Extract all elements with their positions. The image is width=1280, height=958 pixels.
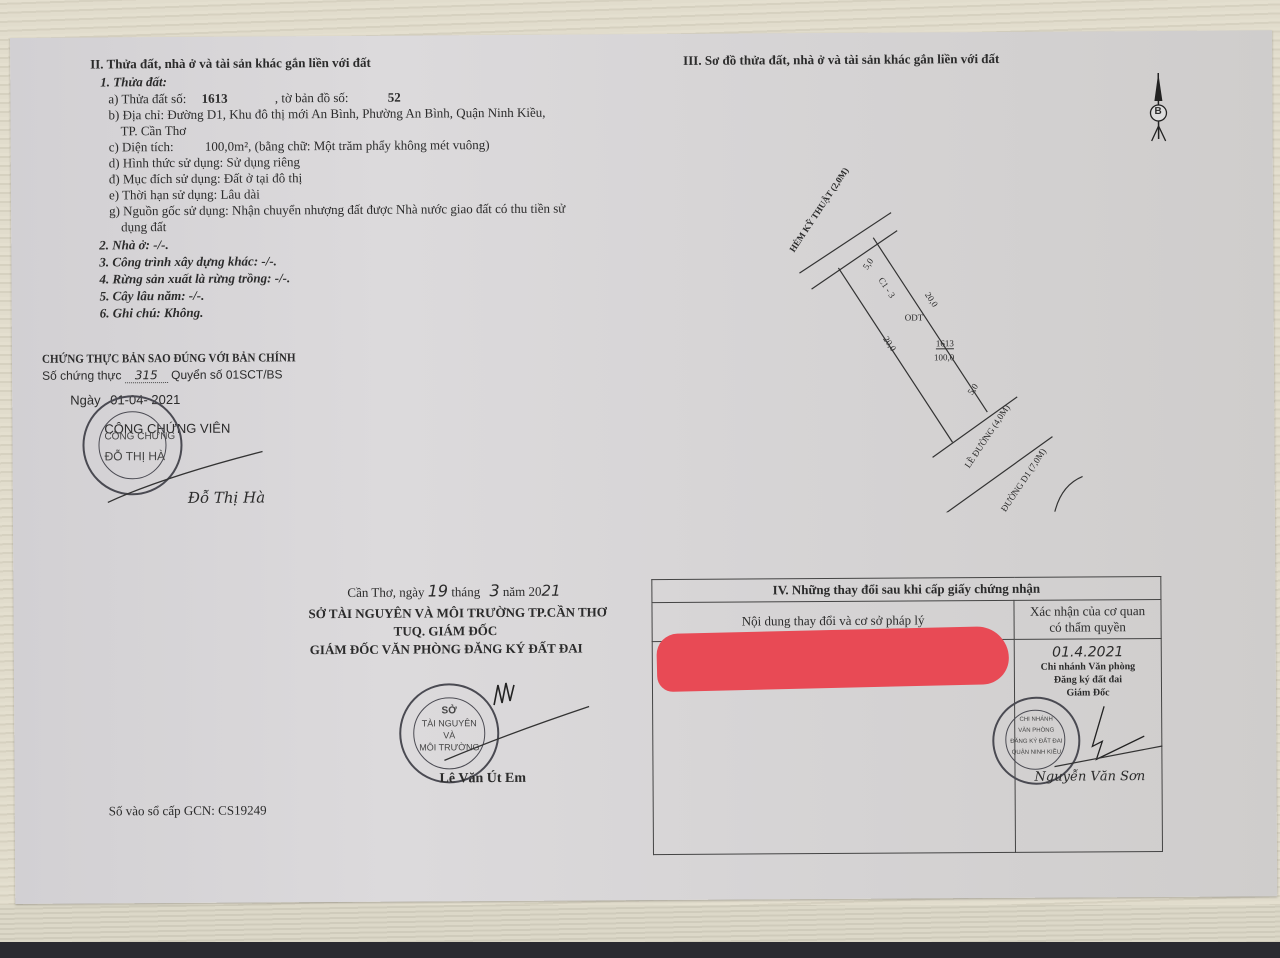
usage-form-row: d) Hình thức sử dụng: Sử dụng riêng (109, 154, 300, 171)
gcn-number: CS19249 (218, 802, 266, 817)
section-2-heading: II. Thửa đất, nhà ở và tài sản khác gắn … (90, 55, 371, 73)
issuing-agency: SỞ TÀI NGUYÊN VÀ MÔI TRƯỜNG TP.CẦN THƠ (308, 604, 606, 622)
branch-signature-stroke (1054, 701, 1164, 772)
area-label: c) Diện tích: (109, 139, 174, 154)
origin-line-2: dụng đất (121, 219, 166, 235)
confirm-office-line-2: Đăng ký đất đai (1018, 673, 1158, 687)
origin-line-1: Nhận chuyển nhượng đất được Nhà nước gia… (232, 201, 565, 218)
confirm-date: 01.4.2021 (1018, 644, 1158, 661)
gcn-label: Số vào sổ cấp GCN: (109, 803, 215, 819)
perennial-item: 5. Cây lâu năm: -/-. (100, 288, 205, 305)
issue-month: 3 (489, 581, 499, 600)
notary-title: CHỨNG THỰC BẢN SAO ĐÚNG VỚI BẢN CHÍNH (42, 350, 296, 367)
issue-year-label: năm 20 (503, 584, 542, 599)
area-value: 100,0m², (bằng chữ: Một trăm phẩy không … (205, 137, 490, 154)
section-4-heading: IV. Những thay đổi sau khi cấp giấy chứn… (652, 576, 1161, 602)
map-sheet-label: , tờ bản đồ số: (275, 90, 349, 105)
branch-signer: Nguyễn Văn Sơn (1034, 769, 1145, 785)
issue-date-row: Cần Thơ, ngày 19 tháng 3 năm 2021 (347, 581, 560, 601)
confirm-header-line-1: Xác nhận của cơ quan (1017, 603, 1157, 620)
parcel-row: a) Thửa đất số: 1613 , tờ bản đồ số: 52 (108, 90, 400, 108)
notary-date-label: Ngày (70, 392, 100, 407)
land-certificate-page: II. Thửa đất, nhà ở và tài sản khác gắn … (10, 30, 1277, 904)
north-label: B (1154, 106, 1161, 117)
issue-place-label: Cần Thơ, ngày (347, 584, 424, 599)
term-value: Lâu dài (220, 186, 259, 201)
section-3-heading: III. Sơ đồ thửa đất, nhà ở và tài sản kh… (683, 51, 999, 69)
issue-day: 19 (428, 581, 448, 600)
agency-signer: Lê Văn Út Em (439, 771, 526, 788)
purpose-value: Đất ở tại đô thị (224, 170, 302, 185)
address-row: b) Địa chỉ: Đường D1, Khu đô thị mới An … (108, 105, 545, 124)
forest-item: 4. Rừng sản xuất là rừng trồng: -/-. (99, 270, 290, 287)
land-subheading: 1. Thửa đất: (100, 74, 167, 90)
area-row: c) Diện tích: 100,0m², (bằng chữ: Một tr… (109, 137, 490, 155)
cert-number: 315 (125, 368, 168, 383)
usage-form-value: Sử dụng riêng (226, 154, 300, 169)
origin-row: g) Nguồn gốc sử dụng: Nhận chuyển nhượng… (109, 201, 565, 220)
book-label: Quyển số (171, 368, 222, 382)
notary-signer: Đỗ Thị Hà (188, 488, 265, 506)
purpose-row: đ) Mục đích sử dụng: Đất ở tại đô thị (109, 170, 302, 187)
term-row: e) Thời hạn sử dụng: Lâu dài (109, 186, 260, 203)
term-label: e) Thời hạn sử dụng: (109, 187, 217, 203)
land-type: ODT (905, 312, 924, 322)
usage-form-label: d) Hình thức sử dụng: (109, 155, 224, 171)
cert-number-label: Số chứng thực (42, 368, 122, 382)
map-sheet-number: 52 (388, 90, 401, 105)
confirm-office-line-1: Chi nhánh Văn phòng (1018, 660, 1158, 674)
address-line-1: Đường D1, Khu đô thị mới An Bình, Phường… (167, 105, 545, 122)
note-item: 6. Ghi chú: Không. (100, 305, 204, 322)
book-number: 01SCT/BS (226, 367, 283, 381)
changes-col-confirmation: Xác nhận của cơ quan có thẩm quyền (1014, 599, 1161, 639)
confirm-header-line-2: có thẩm quyền (1018, 619, 1158, 636)
red-redaction-mark (656, 626, 1009, 692)
parcel-label: a) Thửa đất số: (108, 91, 186, 106)
gcn-row: Số vào sổ cấp GCN: CS19249 (109, 802, 267, 819)
parcel-number: 1613 (202, 90, 272, 106)
tuq-label: TUQ. GIÁM ĐỐC (394, 623, 498, 640)
issue-month-label: tháng (451, 584, 480, 599)
notary-cert-row: Số chứng thực 315 Quyển số 01SCT/BS (42, 367, 283, 382)
parcel-number-label: 1613 (936, 338, 954, 349)
address-line-2: TP. Cần Thơ (121, 123, 187, 139)
other-construction-item: 3. Công trình xây dựng khác: -/-. (99, 253, 277, 270)
issue-year-suffix: 21 (541, 582, 560, 600)
purpose-label: đ) Mục đích sử dụng: (109, 171, 221, 187)
parcel-area-label: 100,0 (934, 352, 954, 362)
origin-label: g) Nguồn gốc sử dụng: (109, 203, 229, 219)
house-item: 2. Nhà ở: -/-. (99, 237, 169, 253)
address-label: b) Địa chỉ: (108, 107, 164, 122)
agency-signature-stroke (434, 674, 595, 765)
background-floor (0, 942, 1280, 958)
issuer-position: GIÁM ĐỐC VĂN PHÒNG ĐĂNG KÝ ĐẤT ĐAI (310, 641, 583, 659)
